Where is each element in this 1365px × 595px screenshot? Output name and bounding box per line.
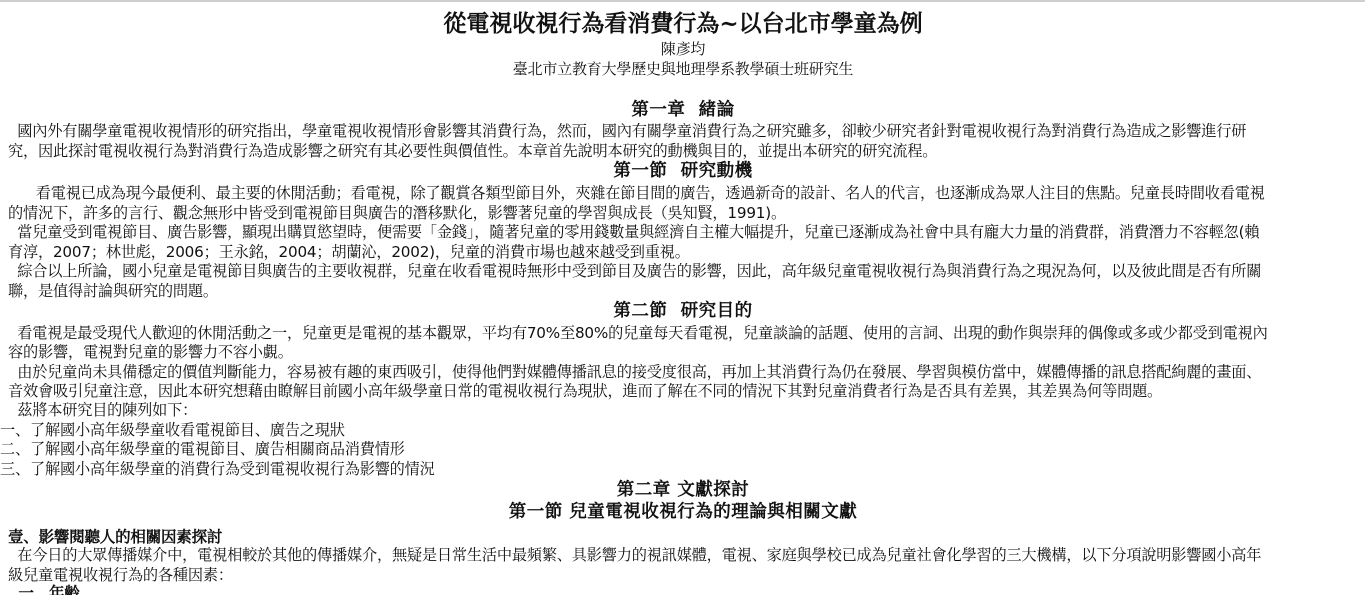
chapter1-intro-line: 究，因此探討電視收視行為對消費行為造成影響之研究有其必要性與價值性。本章首先說明… [8, 141, 937, 161]
section2-line: 音效會吸引兒童注意，因此本研究想藉由瞭解目前國小高年級學童日常的電視收視行為現狀… [8, 381, 1162, 401]
section2-heading: 第二節 研究目的 [8, 300, 1358, 322]
objective-item: 二、了解國小高年級學童的電視節目、廣告相關商品消費情形 [0, 439, 405, 459]
objective-item: 一、了解國小高年級學童收看電視節目、廣告之現狀 [0, 420, 345, 440]
section1-line: 當兒童受到電視節目、廣告影響，顯現出購買慾望時，便需要「金錢」，隨著兒童的零用錢… [8, 222, 1259, 242]
chapter2-section1-heading: 第一節 兒童電視收視行為的理論與相關文獻 [8, 501, 1358, 523]
section1-line: 聯，是值得討論與研究的問題。 [8, 281, 218, 301]
objective-item: 三、了解國小高年級學童的消費行為受到電視收視行為影響的情況 [0, 459, 435, 479]
document-affiliation: 臺北市立教育大學歷史與地理學系教學碩士班研究生 [8, 60, 1358, 79]
section2-line: 容的影響，電視對兒童的影響力不容小覷。 [8, 342, 293, 362]
document-title: 從電視收視行為看消費行為~以台北市學童為例 [8, 10, 1358, 38]
section1-heading: 第一節 研究動機 [8, 160, 1358, 182]
section2-line: 看電視是最受現代人歡迎的休閒活動之一，兒童更是電視的基本觀眾，平均有70%至80… [8, 323, 1268, 343]
chapter1-heading: 第一章 緒論 [8, 99, 1358, 121]
section1-line: 的情況下，許多的言行、觀念無形中皆受到電視節目與廣告的潛移默化，影響著兒童的學習… [8, 203, 786, 223]
chapter2-line: 級兒童電視收視行為的各種因素： [8, 565, 233, 585]
chapter2-line: 在今日的大眾傳播媒介中，電視相較於其他的傳播媒介，無疑是日常生活中最頻繁、具影響… [8, 545, 1261, 565]
section2-line: 由於兒童尚未具備穩定的價值判斷能力，容易被有趣的東西吸引，使得他們對媒體傳播訊息… [8, 362, 1261, 382]
section1-line: 看電視已成為現今最便利、最主要的休閒活動；看電視，除了觀賞各類型節目外，夾雜在節… [8, 183, 1265, 203]
section2-line: 茲將本研究目的陳列如下： [8, 400, 197, 420]
chapter2-heading: 第二章 文獻探討 [8, 479, 1358, 501]
section1-line: 育淳，2007；林世彪，2006；王永銘，2004；胡蘭沁，2002)，兒童的消… [8, 242, 690, 262]
chapter1-intro-line: 國內外有關學童電視收視情形的研究指出，學童電視收視情形會影響其消費行為，然而，國… [8, 121, 1246, 141]
section1-line: 綜合以上所論，國小兒童是電視節目與廣告的主要收視群，兒童在收看電視時無形中受到節… [8, 261, 1261, 281]
chapter2-subheading: 壹、影響閱聽人的相關因素探討 [8, 527, 222, 547]
document-author: 陳彥均 [8, 40, 1358, 59]
chapter2-item-age: 一、年齡 [8, 583, 80, 595]
